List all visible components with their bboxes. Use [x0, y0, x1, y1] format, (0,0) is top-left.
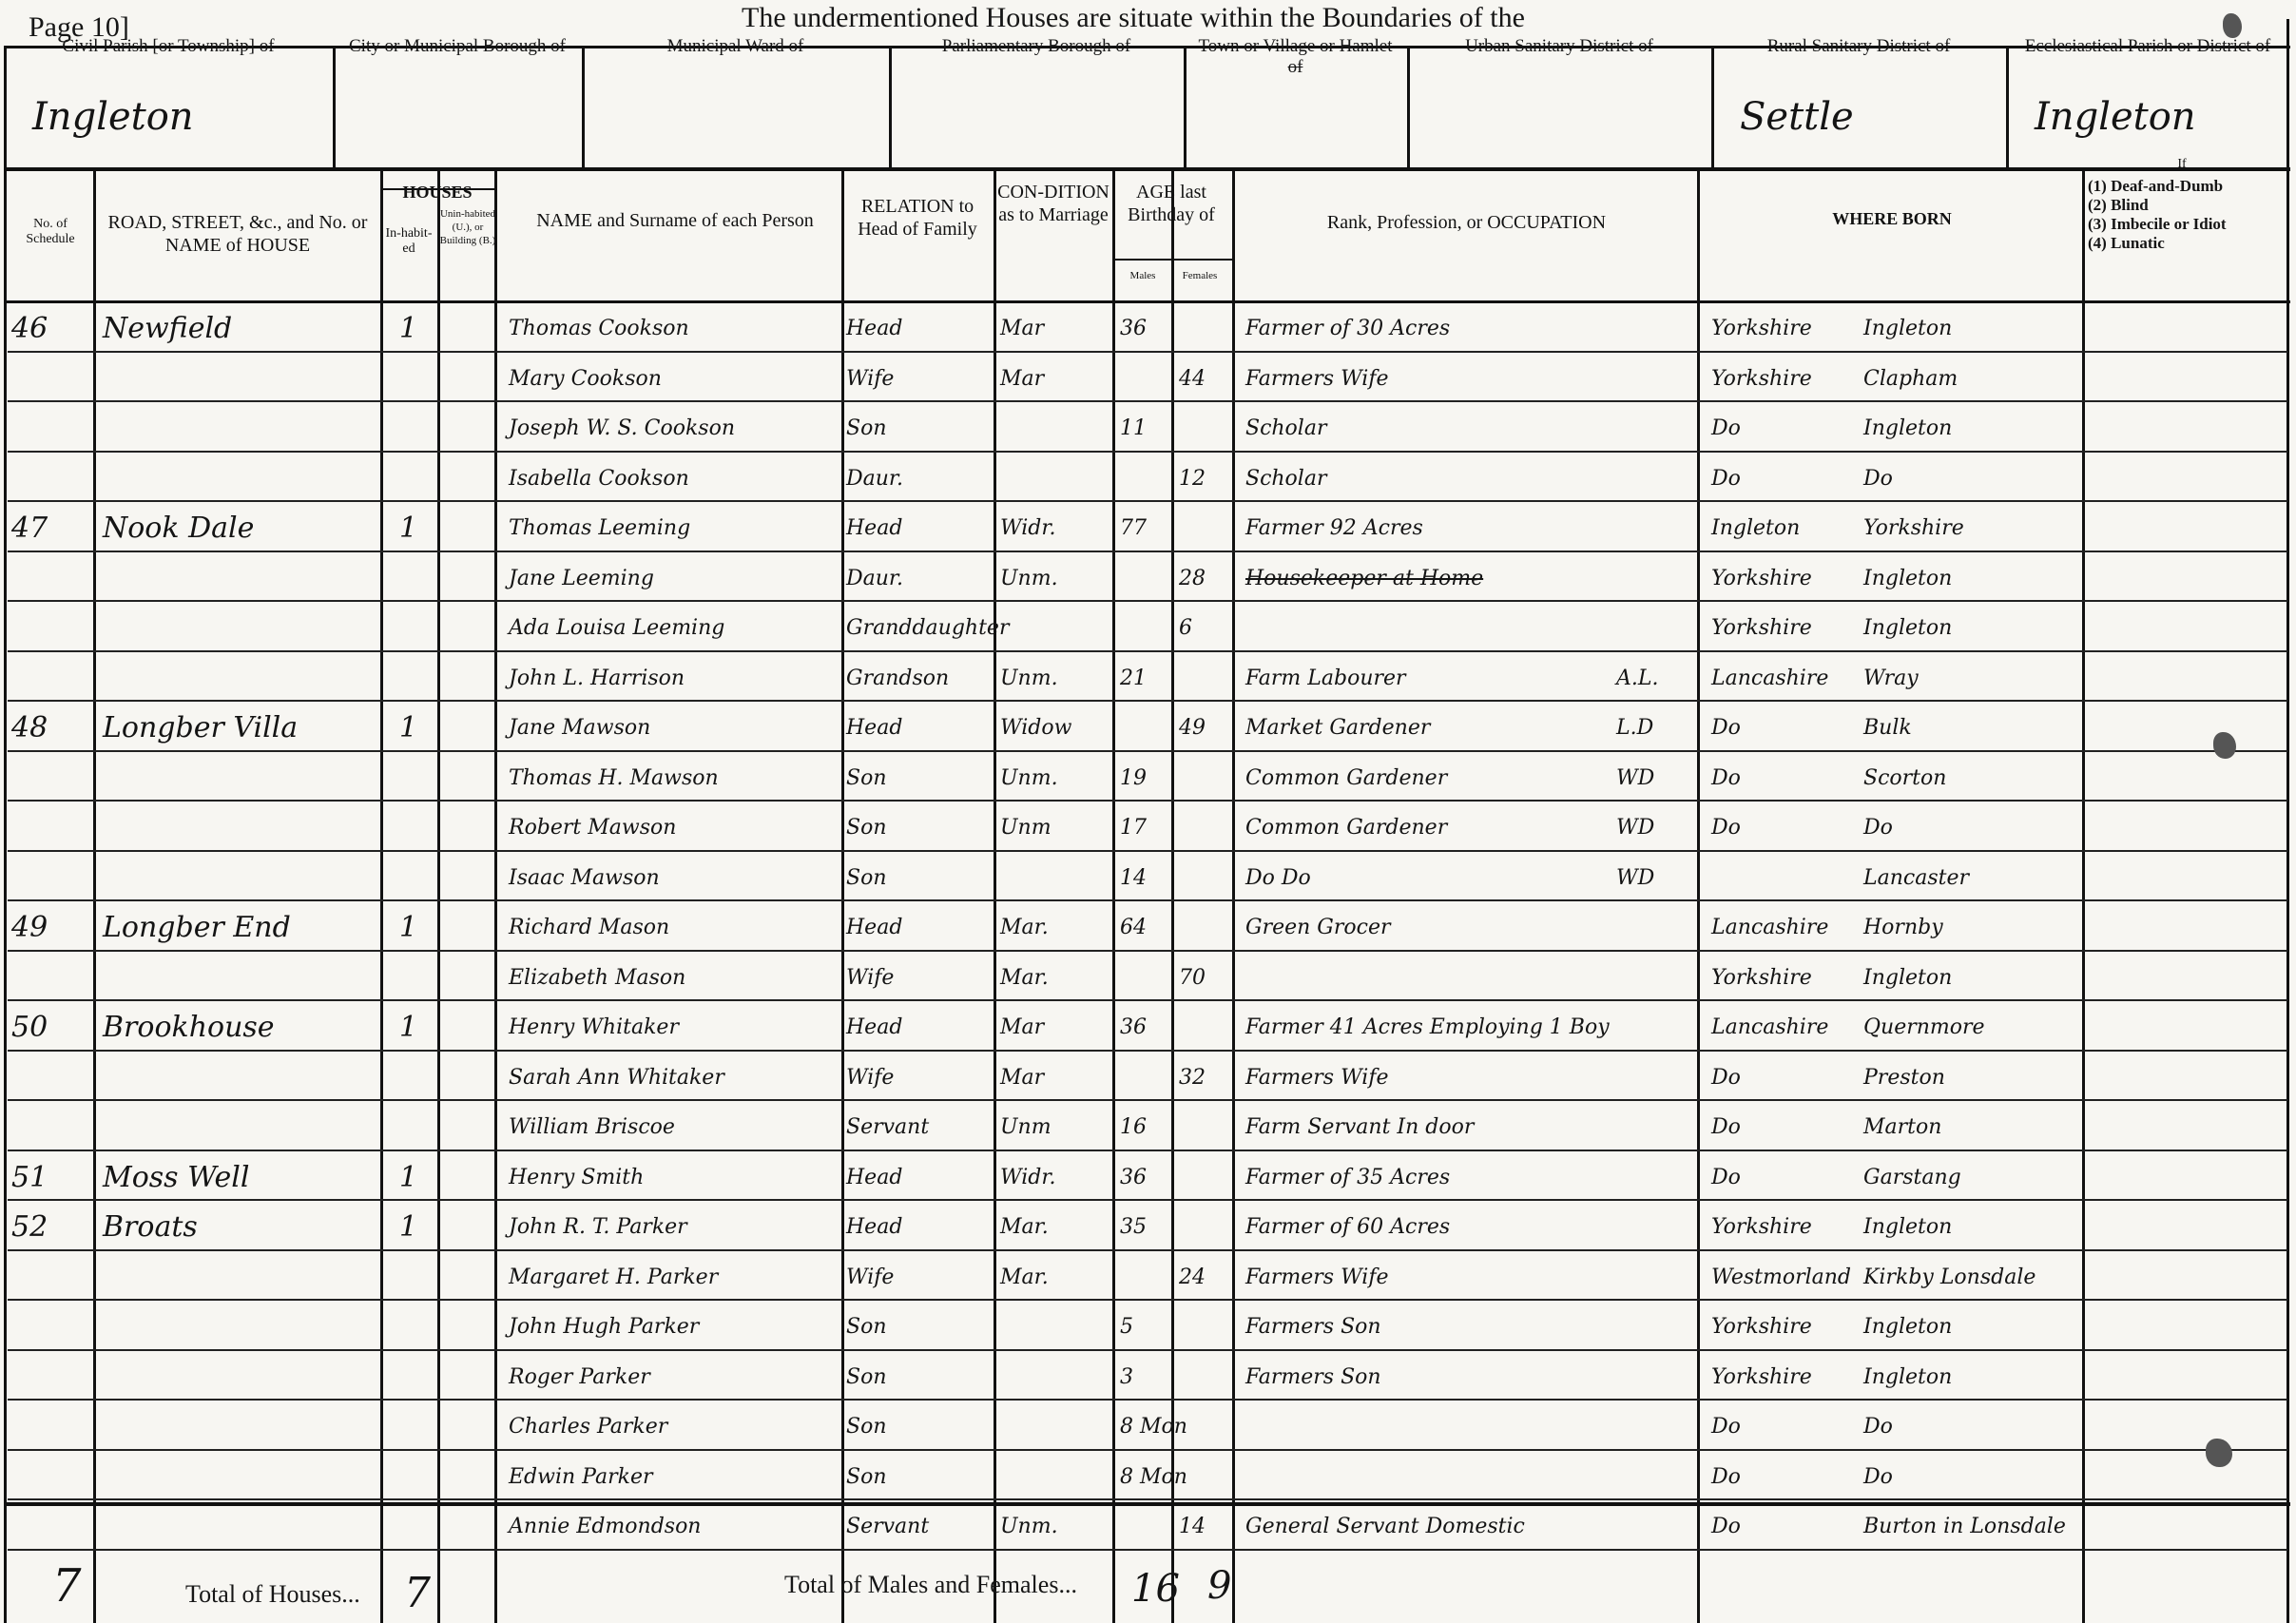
cell-house	[103, 1101, 378, 1150]
cell-occupation-note: L.D	[1616, 702, 1692, 751]
cell-house	[103, 1251, 378, 1301]
cell-occupation: Common Gardener	[1245, 802, 1654, 851]
cell-schedule	[11, 652, 87, 702]
cell-occupation-note: WD	[1616, 752, 1692, 802]
cell-relation: Son	[846, 1401, 994, 1450]
table-row: 49Longber End1Richard MasonHeadMar.64Gre…	[0, 901, 2296, 951]
cell-occupation	[1245, 602, 1654, 651]
cell-relation: Son	[846, 1301, 994, 1350]
cell-schedule: 48	[11, 702, 87, 751]
rule	[582, 46, 585, 169]
cell-male-age	[1120, 602, 1172, 651]
rule	[1407, 46, 1410, 169]
cell-schedule: 49	[11, 901, 87, 951]
header-inhabited: In-habit-ed	[380, 226, 437, 257]
cell-condition: Unm.	[1000, 1500, 1109, 1550]
table-row: Joseph W. S. CooksonSon11ScholarDoInglet…	[0, 402, 2296, 452]
cell-male-age: 21	[1120, 652, 1172, 702]
cell-male-age	[1120, 552, 1172, 602]
header-females: Females	[1171, 268, 1228, 283]
table-row: Annie EdmondsonServantUnm.14General Serv…	[0, 1500, 2296, 1550]
cell-born-place: Clapham	[1863, 353, 2082, 402]
cell-house	[103, 802, 378, 851]
cell-occupation: Common Gardener	[1245, 752, 1654, 802]
cell-schedule	[11, 402, 87, 452]
cell-schedule	[11, 552, 87, 602]
cell-female-age: 49	[1179, 702, 1231, 751]
cell-condition: Unm.	[1000, 752, 1109, 802]
cell-house	[103, 402, 378, 452]
cell-house	[103, 952, 378, 1001]
cell-name: William Briscoe	[509, 1101, 841, 1150]
cell-inhabited: 1	[399, 1151, 437, 1201]
cell-inhabited	[399, 1351, 437, 1401]
cell-inhabited	[399, 1451, 437, 1500]
cell-inhabited: 1	[399, 901, 437, 951]
table-row: John Hugh ParkerSon5Farmers SonYorkshire…	[0, 1301, 2296, 1350]
cell-occupation: Do Do	[1245, 852, 1654, 901]
header-relation: RELATION to Head of Family	[841, 195, 994, 241]
cell-born-place: Do	[1863, 802, 2082, 851]
cell-male-age: 5	[1120, 1301, 1172, 1350]
cell-condition	[1000, 1351, 1109, 1401]
cell-occupation	[1245, 952, 1654, 1001]
cell-male-age: 8 Mon	[1120, 1451, 1172, 1500]
boundary-label: Urban Sanitary District of	[1413, 36, 1706, 57]
cell-female-age: 70	[1179, 952, 1231, 1001]
cell-female-age	[1179, 802, 1231, 851]
cell-born-county: Do	[1711, 1451, 1854, 1500]
cell-house	[103, 353, 378, 402]
cell-condition	[1000, 453, 1109, 502]
cell-name: Isabella Cookson	[509, 453, 841, 502]
cell-relation: Son	[846, 852, 994, 901]
cell-relation: Son	[846, 402, 994, 452]
header-males: Males	[1114, 268, 1171, 283]
table-row: Ada Louisa LeemingGranddaughter6Yorkshir…	[0, 602, 2296, 651]
table-row: Mary CooksonWifeMar44Farmers WifeYorkshi…	[0, 353, 2296, 402]
cell-occupation: Farmer of 30 Acres	[1245, 302, 1654, 352]
cell-inhabited	[399, 602, 437, 651]
cell-male-age: 3	[1120, 1351, 1172, 1401]
cell-occupation: Market Gardener	[1245, 702, 1654, 751]
cell-born-place: Ingleton	[1863, 1201, 2082, 1250]
cell-condition: Unm.	[1000, 552, 1109, 602]
cell-occupation: Farmer of 35 Acres	[1245, 1151, 1654, 1201]
cell-inhabited	[399, 1101, 437, 1150]
total-females: 9	[1207, 1564, 1231, 1608]
table-row: Isaac MawsonSon14Do DoLancasterWD	[0, 852, 2296, 901]
header-infirmity-list: (1) Deaf-and-Dumb(2) Blind(3) Imbecile o…	[2088, 177, 2227, 253]
cell-condition	[1000, 1301, 1109, 1350]
cell-born-place: Ingleton	[1863, 602, 2082, 651]
cell-male-age	[1120, 1500, 1172, 1550]
cell-house: Nook Dale	[103, 502, 378, 551]
cell-condition: Widr.	[1000, 1151, 1109, 1201]
cell-male-age: 16	[1120, 1101, 1172, 1150]
cell-occupation	[1245, 1401, 1654, 1450]
cell-name: Richard Mason	[509, 901, 841, 951]
cell-condition: Mar.	[1000, 901, 1109, 951]
cell-relation: Wife	[846, 353, 994, 402]
cell-house	[103, 1301, 378, 1350]
cell-inhabited	[399, 552, 437, 602]
boundary-value: Ingleton	[2035, 95, 2196, 139]
table-row: Edwin ParkerSon8 MonDoDo	[0, 1451, 2296, 1500]
cell-occupation: Farmer 41 Acres Employing 1 Boy	[1245, 1001, 1654, 1051]
cell-condition: Mar.	[1000, 1251, 1109, 1301]
cell-born-county: Do	[1711, 802, 1854, 851]
cell-born-county: Yorkshire	[1711, 1201, 1854, 1250]
cell-inhabited	[399, 1500, 437, 1550]
cell-relation: Head	[846, 1201, 994, 1250]
cell-relation: Servant	[846, 1500, 994, 1550]
cell-born-place: Ingleton	[1863, 552, 2082, 602]
cell-male-age	[1120, 952, 1172, 1001]
cell-house	[103, 652, 378, 702]
header-schedule: No. of Schedule	[8, 217, 93, 247]
cell-name: Jane Leeming	[509, 552, 841, 602]
cell-occupation: Green Grocer	[1245, 901, 1654, 951]
table-row: Roger ParkerSon3Farmers SonYorkshireIngl…	[0, 1351, 2296, 1401]
cell-name: Sarah Ann Whitaker	[509, 1052, 841, 1101]
cell-born-county: Yorkshire	[1711, 1351, 1854, 1401]
cell-born-county: Lancashire	[1711, 652, 1854, 702]
cell-name: Henry Smith	[509, 1151, 841, 1201]
cell-house	[103, 852, 378, 901]
cell-occupation-note: WD	[1616, 852, 1692, 901]
cell-born-county: Do	[1711, 402, 1854, 452]
header-infirmity-if: If	[2082, 157, 2282, 172]
cell-occupation: Farmers Wife	[1245, 1052, 1654, 1101]
cell-female-age: 6	[1179, 602, 1231, 651]
cell-relation: Head	[846, 502, 994, 551]
table-row: Isabella CooksonDaur.12ScholarDoDo	[0, 453, 2296, 502]
rule	[2006, 46, 2009, 169]
cell-relation: Wife	[846, 952, 994, 1001]
cell-condition: Mar	[1000, 1052, 1109, 1101]
cell-female-age	[1179, 1201, 1231, 1250]
cell-schedule	[11, 1451, 87, 1500]
cell-relation: Head	[846, 702, 994, 751]
census-page: Page 10] The undermentioned Houses are s…	[0, 0, 2296, 1623]
boundary-label: Parliamentary Borough of	[895, 36, 1178, 57]
cell-house	[103, 1500, 378, 1550]
cell-male-age	[1120, 1052, 1172, 1101]
cell-born-county: Do	[1711, 1151, 1854, 1201]
cell-occupation: Farmers Son	[1245, 1301, 1654, 1350]
cell-occupation: Farmers Wife	[1245, 353, 1654, 402]
cell-name: Jane Mawson	[509, 702, 841, 751]
cell-occupation: Farmer of 60 Acres	[1245, 1201, 1654, 1250]
cell-female-age	[1179, 852, 1231, 901]
cell-occupation: Scholar	[1245, 453, 1654, 502]
cell-born-place: Kirkby Lonsdale	[1863, 1251, 2082, 1301]
cell-condition: Widow	[1000, 702, 1109, 751]
cell-male-age: 14	[1120, 852, 1172, 901]
cell-inhabited	[399, 1052, 437, 1101]
cell-male-age	[1120, 702, 1172, 751]
cell-male-age: 35	[1120, 1201, 1172, 1250]
cell-name: Robert Mawson	[509, 802, 841, 851]
infirmity-option: (3) Imbecile or Idiot	[2088, 215, 2227, 234]
cell-female-age	[1179, 502, 1231, 551]
cell-male-age: 77	[1120, 502, 1172, 551]
cell-condition	[1000, 1401, 1109, 1450]
cell-inhabited: 1	[399, 1001, 437, 1051]
header-uninhabited: Unin-habited (U.), or Building (B.)	[439, 207, 496, 247]
cell-inhabited: 1	[399, 302, 437, 352]
cell-female-age	[1179, 1151, 1231, 1201]
cell-schedule	[11, 602, 87, 651]
rule	[889, 46, 892, 169]
cell-inhabited: 1	[399, 702, 437, 751]
rule	[1711, 46, 1714, 169]
cell-inhabited	[399, 1251, 437, 1301]
cell-name: Joseph W. S. Cookson	[509, 402, 841, 452]
cell-house: Longber Villa	[103, 702, 378, 751]
cell-born-county: Do	[1711, 453, 1854, 502]
cell-occupation	[1245, 1451, 1654, 1500]
table-row: 47Nook Dale1Thomas LeemingHeadWidr.77Far…	[0, 502, 2296, 551]
cell-condition: Mar.	[1000, 952, 1109, 1001]
cell-female-age: 28	[1179, 552, 1231, 602]
cell-schedule	[11, 353, 87, 402]
cell-born-place: Wray	[1863, 652, 2082, 702]
row-rule	[8, 1549, 2287, 1551]
cell-schedule	[11, 852, 87, 901]
cell-born-county: Do	[1711, 702, 1854, 751]
cell-female-age	[1179, 402, 1231, 452]
cell-inhabited	[399, 1401, 437, 1450]
cell-born-place: Ingleton	[1863, 402, 2082, 452]
boundary-label: Ecclesiastical Parish or District of	[2012, 36, 2284, 57]
cell-house	[103, 1052, 378, 1101]
cell-house	[103, 453, 378, 502]
cell-female-age: 32	[1179, 1052, 1231, 1101]
cell-female-age	[1179, 752, 1231, 802]
cell-name: Thomas Leeming	[509, 502, 841, 551]
cell-name: John R. T. Parker	[509, 1201, 841, 1250]
table-row: Charles ParkerSon8 MonDoDo	[0, 1401, 2296, 1450]
cell-name: Isaac Mawson	[509, 852, 841, 901]
cell-schedule	[11, 952, 87, 1001]
cell-born-place: Marton	[1863, 1101, 2082, 1150]
cell-male-age: 36	[1120, 1151, 1172, 1201]
cell-occupation: Housekeeper at Home	[1245, 552, 1654, 602]
cell-inhabited	[399, 1301, 437, 1350]
cell-relation: Son	[846, 1351, 994, 1401]
cell-born-place: Quernmore	[1863, 1001, 2082, 1051]
cell-relation: Servant	[846, 1101, 994, 1150]
infirmity-option: (4) Lunatic	[2088, 234, 2227, 253]
cell-male-age	[1120, 1251, 1172, 1301]
cell-schedule: 47	[11, 502, 87, 551]
boundary-label: Rural Sanitary District of	[1717, 36, 2000, 57]
cell-condition: Unm	[1000, 802, 1109, 851]
cell-schedule	[11, 1301, 87, 1350]
cell-born-county	[1711, 852, 1854, 901]
cell-occupation: Farmers Son	[1245, 1351, 1654, 1401]
cell-born-place: Scorton	[1863, 752, 2082, 802]
cell-schedule: 51	[11, 1151, 87, 1201]
cell-born-county: Lancashire	[1711, 1001, 1854, 1051]
cell-name: Charles Parker	[509, 1401, 841, 1450]
cell-occupation: Scholar	[1245, 402, 1654, 452]
cell-female-age	[1179, 302, 1231, 352]
ink-stain	[2223, 13, 2242, 38]
cell-male-age: 36	[1120, 302, 1172, 352]
cell-schedule: 52	[11, 1201, 87, 1250]
cell-relation: Daur.	[846, 453, 994, 502]
header-road: ROAD, STREET, &c., and No. or NAME of HO…	[95, 211, 380, 257]
cell-house	[103, 1401, 378, 1450]
cell-born-place: Do	[1863, 1401, 2082, 1450]
cell-condition	[1000, 602, 1109, 651]
cell-inhabited: 1	[399, 502, 437, 551]
cell-male-age: 8 Mon	[1120, 1401, 1172, 1450]
total-houses-label: Total of Houses...	[185, 1580, 360, 1609]
cell-house	[103, 552, 378, 602]
cell-relation: Wife	[846, 1251, 994, 1301]
cell-schedule: 46	[11, 302, 87, 352]
cell-relation: Granddaughter	[846, 602, 994, 651]
cell-schedule	[11, 752, 87, 802]
cell-occupation-note: WD	[1616, 802, 1692, 851]
cell-condition: Mar	[1000, 302, 1109, 352]
cell-female-age	[1179, 1351, 1231, 1401]
cell-born-place: Lancaster	[1863, 852, 2082, 901]
cell-born-place: Burton in Lonsdale	[1863, 1500, 2082, 1550]
cell-born-place: Do	[1863, 453, 2082, 502]
table-row: Margaret H. ParkerWifeMar.24Farmers Wife…	[0, 1251, 2296, 1301]
cell-house	[103, 1451, 378, 1500]
cell-born-place: Bulk	[1863, 702, 2082, 751]
boundary-label: Civil Parish [or Township] of	[10, 36, 327, 57]
cell-inhabited	[399, 453, 437, 502]
cell-male-age: 19	[1120, 752, 1172, 802]
cell-name: Margaret H. Parker	[509, 1251, 841, 1301]
cell-male-age: 11	[1120, 402, 1172, 452]
cell-name: Henry Whitaker	[509, 1001, 841, 1051]
infirmity-option: (2) Blind	[2088, 196, 2227, 215]
cell-schedule	[11, 453, 87, 502]
cell-born-county: Ingleton	[1711, 502, 1854, 551]
cell-inhabited	[399, 652, 437, 702]
cell-occupation-note: A.L.	[1616, 652, 1692, 702]
table-row: William BriscoeServantUnm16Farm Servant …	[0, 1101, 2296, 1150]
cell-male-age: 64	[1120, 901, 1172, 951]
cell-occupation: Farm Servant In door	[1245, 1101, 1654, 1150]
cell-name: Ada Louisa Leeming	[509, 602, 841, 651]
cell-female-age: 44	[1179, 353, 1231, 402]
cell-name: Thomas Cookson	[509, 302, 841, 352]
cell-born-county: Yorkshire	[1711, 552, 1854, 602]
cell-occupation: Farmer 92 Acres	[1245, 502, 1654, 551]
cell-name: Annie Edmondson	[509, 1500, 841, 1550]
cell-relation: Head	[846, 302, 994, 352]
table-row: 48Longber Villa1Jane MawsonHeadWidow49Ma…	[0, 702, 2296, 751]
cell-born-county: Do	[1711, 1401, 1854, 1450]
cell-house: Moss Well	[103, 1151, 378, 1201]
cell-born-county: Yorkshire	[1711, 602, 1854, 651]
total-houses-inhabited: 7	[404, 1569, 431, 1617]
ink-stain	[2213, 732, 2236, 759]
cell-occupation: Farmers Wife	[1245, 1251, 1654, 1301]
cell-house: Longber End	[103, 901, 378, 951]
rule	[1184, 46, 1187, 169]
cell-name: John Hugh Parker	[509, 1301, 841, 1350]
cell-condition: Mar.	[1000, 1201, 1109, 1250]
boundary-label: City or Municipal Borough of	[338, 36, 576, 57]
cell-condition	[1000, 852, 1109, 901]
cell-condition: Widr.	[1000, 502, 1109, 551]
cell-born-county: Westmorland	[1711, 1251, 1854, 1301]
cell-condition	[1000, 402, 1109, 452]
cell-born-county: Yorkshire	[1711, 302, 1854, 352]
rule	[1112, 259, 1232, 261]
cell-born-county: Do	[1711, 1500, 1854, 1550]
table-row: 50Brookhouse1Henry WhitakerHeadMar36Farm…	[0, 1001, 2296, 1051]
cell-female-age	[1179, 652, 1231, 702]
cell-female-age	[1179, 1451, 1231, 1500]
table-row: 52Broats1John R. T. ParkerHeadMar.35Farm…	[0, 1201, 2296, 1250]
cell-inhabited: 1	[399, 1201, 437, 1250]
cell-occupation: Farm Labourer	[1245, 652, 1654, 702]
rule	[380, 188, 494, 190]
cell-born-place: Yorkshire	[1863, 502, 2082, 551]
cell-schedule	[11, 1251, 87, 1301]
boundary-label: Town or Village or Hamlet of	[1189, 36, 1401, 78]
cell-female-age: 14	[1179, 1500, 1231, 1550]
total-males: 16	[1131, 1567, 1180, 1611]
cell-inhabited	[399, 852, 437, 901]
cell-born-county: Yorkshire	[1711, 353, 1854, 402]
cell-relation: Head	[846, 1151, 994, 1201]
cell-born-place: Hornby	[1863, 901, 2082, 951]
cell-occupation: General Servant Domestic	[1245, 1500, 1654, 1550]
cell-name: John L. Harrison	[509, 652, 841, 702]
infirmity-option: (1) Deaf-and-Dumb	[2088, 177, 2227, 196]
cell-schedule	[11, 1500, 87, 1550]
cell-male-age	[1120, 453, 1172, 502]
table-row: Thomas H. MawsonSonUnm.19Common Gardener…	[0, 752, 2296, 802]
header-condition: CON-DITION as to Marriage	[996, 181, 1110, 226]
cell-name: Edwin Parker	[509, 1451, 841, 1500]
cell-born-place: Ingleton	[1863, 1301, 2082, 1350]
cell-relation: Head	[846, 1001, 994, 1051]
header-where-born: WHERE BORN	[1702, 207, 2082, 230]
cell-relation: Son	[846, 1451, 994, 1500]
cell-schedule	[11, 1401, 87, 1450]
cell-male-age	[1120, 353, 1172, 402]
cell-condition: Mar	[1000, 353, 1109, 402]
cell-schedule	[11, 802, 87, 851]
cell-relation: Son	[846, 752, 994, 802]
cell-inhabited	[399, 802, 437, 851]
cell-name: Thomas H. Mawson	[509, 752, 841, 802]
ink-stain	[2206, 1439, 2232, 1467]
table-row: Jane LeemingDaur.Unm.28Housekeeper at Ho…	[0, 552, 2296, 602]
rule	[4, 167, 2290, 171]
cell-inhabited	[399, 752, 437, 802]
cell-house: Brookhouse	[103, 1001, 378, 1051]
rule	[333, 46, 336, 169]
cell-born-place: Ingleton	[1863, 302, 2082, 352]
cell-male-age: 36	[1120, 1001, 1172, 1051]
cell-born-county: Do	[1711, 752, 1854, 802]
cell-male-age: 17	[1120, 802, 1172, 851]
